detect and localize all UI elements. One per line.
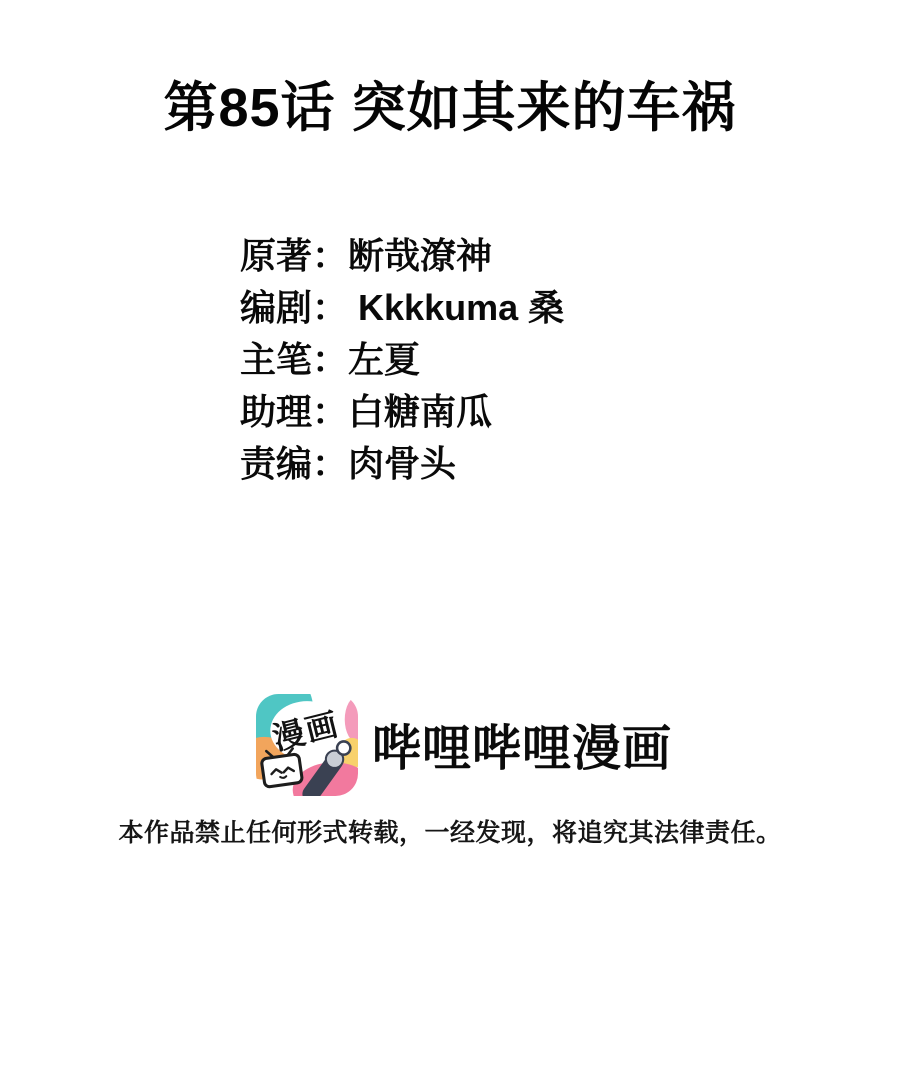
credit-row-assistant: 助理：白糖南瓜 bbox=[240, 386, 564, 438]
copyright-notice: 本作品禁止任何形式转载，一经发现，将追究其法律责任。 bbox=[0, 813, 900, 849]
credit-separator: ： bbox=[312, 339, 348, 380]
credit-separator: ： bbox=[312, 235, 348, 276]
credit-label: 编剧 bbox=[240, 287, 312, 328]
app-name: 哔哩哔哩漫画 bbox=[372, 710, 672, 780]
credit-row-editor: 责编：肉骨头 bbox=[240, 438, 564, 490]
credit-label: 助理 bbox=[240, 391, 312, 432]
credit-label: 原著 bbox=[240, 235, 312, 276]
credit-separator: ： bbox=[312, 391, 348, 432]
credit-name: 左夏 bbox=[348, 339, 420, 380]
credit-separator: ： bbox=[312, 287, 348, 328]
episode-title: 第85话 突如其来的车祸 bbox=[0, 76, 900, 141]
credit-name: 肉骨头 bbox=[348, 443, 456, 484]
credit-label: 主笔 bbox=[240, 339, 312, 380]
credit-name: 白糖南瓜 bbox=[348, 391, 492, 432]
credit-row-lead-artist: 主笔：左夏 bbox=[240, 334, 564, 386]
credits-block: 原著：断哉潦神 编剧： Kkkkuma 桑 主笔：左夏 助理：白糖南瓜 责编：肉… bbox=[240, 230, 564, 490]
publisher-logo: 漫画 哔哩哔哩漫画 bbox=[256, 694, 672, 796]
bilibili-comics-app-icon: 漫画 bbox=[256, 694, 358, 796]
credit-separator: ： bbox=[312, 443, 348, 484]
credit-row-scriptwriter: 编剧： Kkkkuma 桑 bbox=[240, 282, 564, 334]
credit-name: 断哉潦神 bbox=[348, 235, 492, 276]
paper-curl bbox=[337, 741, 350, 754]
manga-credits-page: 第85话 突如其来的车祸 原著：断哉潦神 编剧： Kkkkuma 桑 主笔：左夏… bbox=[0, 0, 900, 1065]
credit-label: 责编 bbox=[240, 443, 312, 484]
credit-row-original-author: 原著：断哉潦神 bbox=[240, 230, 564, 282]
credit-name: Kkkkuma 桑 bbox=[348, 287, 564, 328]
